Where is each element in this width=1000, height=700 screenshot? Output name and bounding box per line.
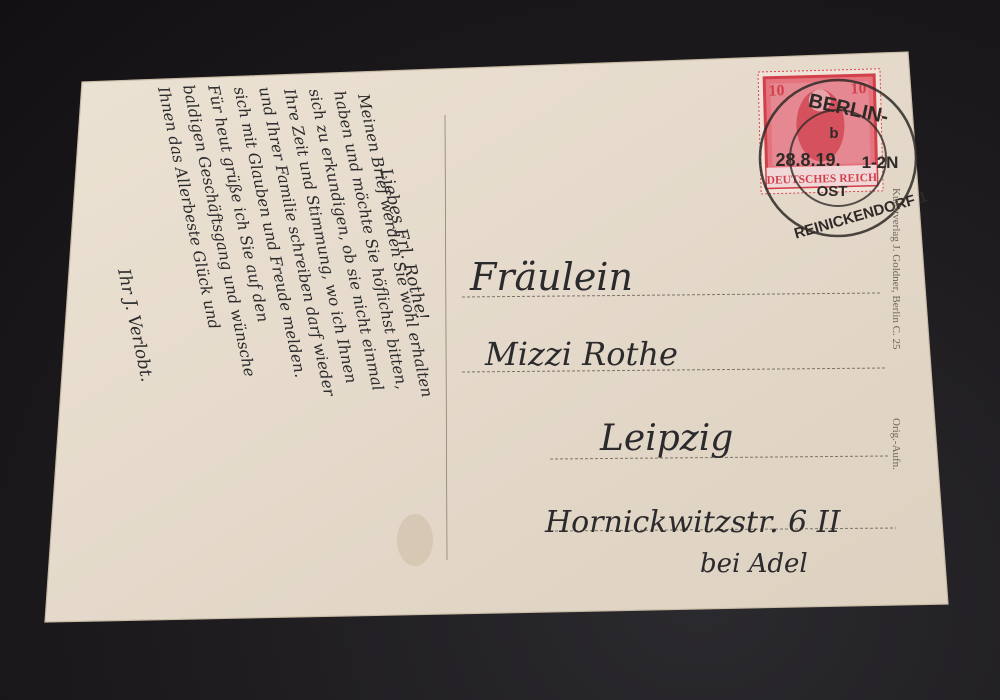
postmark-time: 1-2N — [862, 153, 899, 172]
postcard-scene: 10 10 DEUTSCHES REICH BERLIN- b 28.8.19.… — [0, 0, 1000, 700]
publisher-name: Kunstverlag J. Goldner, Berlin C. 25 — [890, 188, 902, 350]
stamp-denomination-left: 10 — [768, 82, 784, 99]
publisher-imprint: Kunstverlag J. Goldner, Berlin C. 25 Ori… — [890, 188, 902, 470]
postmark-sub-letter: b — [829, 125, 838, 142]
address-line-5: bei Adel — [700, 549, 808, 579]
address-line-1: Fräulein — [469, 255, 633, 299]
postmark-office: OST — [817, 183, 848, 200]
publisher-note: Orig.-Aufn. — [890, 418, 902, 470]
address-line-3: Leipzig — [599, 418, 733, 459]
paper-stain — [397, 514, 433, 566]
address-line-2: Mizzi Rothe — [484, 335, 678, 373]
postage-stamp: 10 10 DEUTSCHES REICH — [758, 69, 883, 194]
address-line-4: Hornickwitzstr. 6 II — [544, 505, 842, 540]
postmark-date: 28.8.19. — [775, 150, 840, 170]
